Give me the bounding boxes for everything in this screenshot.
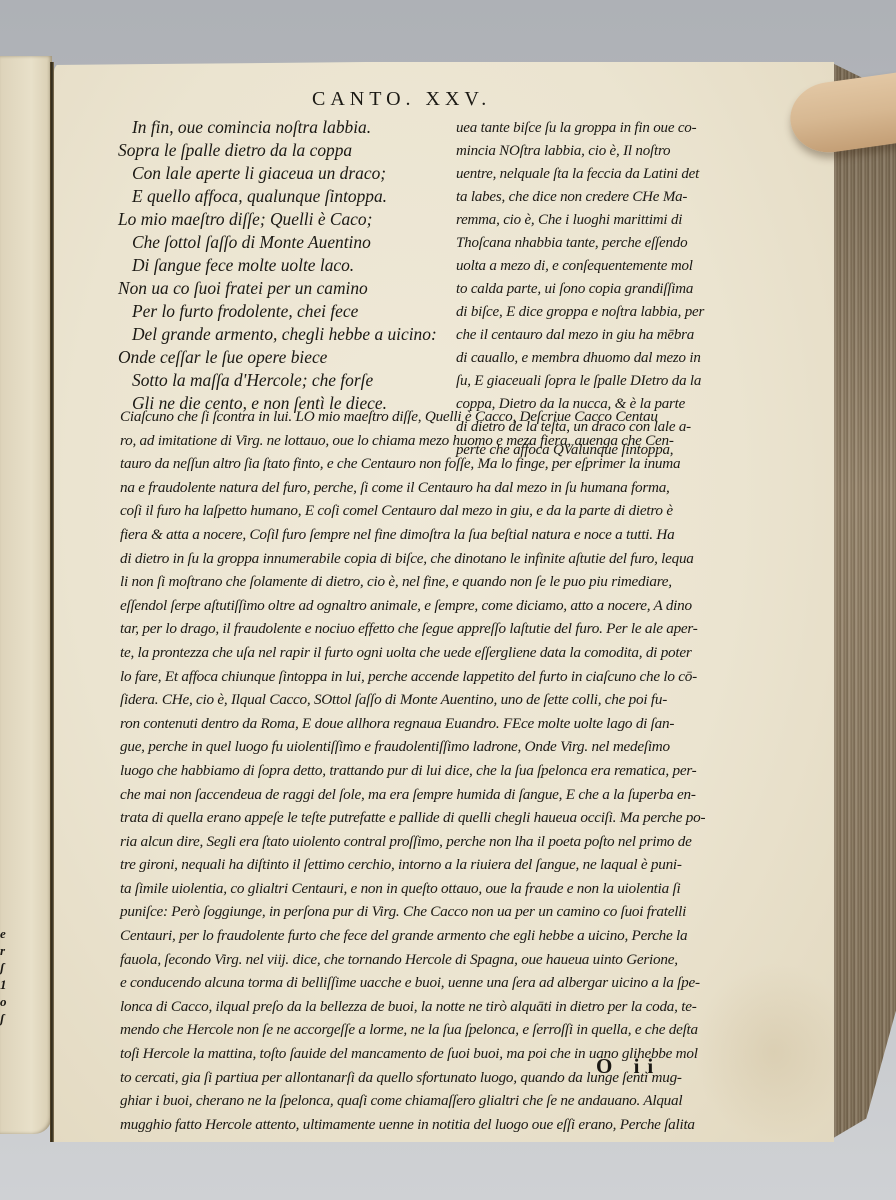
body-line: fiera & atta a nocere, Coſil furo ſempre… [120,523,705,547]
body-line: luogo che habbiamo di ſopra detto, tratt… [120,759,705,783]
commentary-line: ſu, E giaceuali ſopra le ſpalle DIetro d… [456,370,704,393]
body-line: na e fraudolente natura del furo, perche… [120,476,705,500]
verso-char: ʃ [0,959,12,976]
verse-line: Sotto la maſſa d'Hercole; che forſe [118,369,437,392]
commentary-line: remma, cio è, Che i luoghi marittimi di [456,209,704,232]
body-line: ria alcun dire, Segli era ſtato uiolento… [120,830,705,854]
body-line: mugghio fatto Hercole attento, ultimamen… [120,1113,705,1137]
commentary-line: Thoſcana nhabbia tante, perche eſſendo [456,232,704,255]
verse-line: Onde ceſſar le ſue opere biece [118,346,437,369]
body-line: fauola, ſecondo Virg. nel viij. dice, ch… [120,948,705,972]
verse-line: E quello affoca, qualunque ſintoppa. [118,185,437,208]
commentary-line: che il centauro dal mezo in giu ha mēbra [456,324,704,347]
commentary-line: uolta a mezo di, e conſequentemente mol [456,255,704,278]
book-fore-edge [830,62,896,1140]
verso-char: o [0,993,12,1010]
verse-block: In fin, oue comincia noſtra labbia. Sopr… [118,116,437,415]
verse-line: Lo mio maeſtro diſſe; Quelli è Caco; [118,208,437,231]
verso-char: 1 [0,976,12,993]
commentary-line: uentre, nelquale ſta la feccia da Latini… [456,163,704,186]
body-line: mendo che Hercole non ſe ne accorgeſſe a… [120,1018,705,1042]
body-line: lonca di Cacco, ilqual preſo da la belle… [120,995,705,1019]
body-line: Ciaſcuno che ſi ſcontra in lui. LO mio m… [120,405,705,429]
commentary-body: Ciaſcuno che ſi ſcontra in lui. LO mio m… [120,405,705,1136]
verso-margin-characters: e r ʃ 1 o ʃ [0,925,12,1027]
body-line: tauro da neſſun altro ſia ſtato finto, e… [120,452,705,476]
body-line: puniſce: Però ſoggiunge, in perſona pur … [120,900,705,924]
body-line: ro, ad imitatione di Virg. ne lottauo, o… [120,429,705,453]
verso-char: ʃ [0,1010,12,1027]
verse-line: Del grande armento, chegli hebbe a uicin… [118,323,437,346]
body-line: che mai non ſaccendeua de raggi del ſole… [120,783,705,807]
verse-line: Con lale aperte li giaceua un draco; [118,162,437,185]
verse-line: Di ſangue fece molte uolte laco. [118,254,437,277]
body-line: ron contenuti dentro da Roma, E doue all… [120,712,705,736]
book-gutter [50,62,54,1142]
verse-line: Non ua co ſuoi fratei per un camino [118,277,437,300]
commentary-line: ta labes, che dice non credere CHe Ma- [456,186,704,209]
signature-mark: O ii [596,1054,661,1079]
body-line: ghiar i buoi, cherano ne la ſpelonca, qu… [120,1089,705,1113]
verse-line: Che ſottol ſaſſo di Monte Auentino [118,231,437,254]
body-line: te, la prontezza che uſa nel rapir il fu… [120,641,705,665]
verso-char: r [0,942,12,959]
commentary-line: to calda parte, ui ſono copia grandiſſim… [456,278,704,301]
body-line: trata di quella erano appeſe le teſte pu… [120,806,705,830]
body-line: coſi il furo ha laſpetto humano, E coſi … [120,499,705,523]
verse-line: In fin, oue comincia noſtra labbia. [118,116,437,139]
body-line: tar, per lo drago, il fraudolente e noci… [120,617,705,641]
body-line: di dietro in ſu la groppa innumerabile c… [120,547,705,571]
body-line: eſſendol ſerpe aſtutiſſimo oltre ad ogna… [120,594,705,618]
commentary-line: di biſce, E dice groppa e noſtra labbia,… [456,301,704,324]
commentary-line: di cauallo, e membra dhuomo dal mezo in [456,347,704,370]
verse-line: Per lo furto frodolente, chei fece [118,300,437,323]
body-line: tre gironi, nequali ha diſtinto il ſetti… [120,853,705,877]
body-line: lo fare, Et affoca chiunque ſintoppa in … [120,665,705,689]
verso-char: e [0,925,12,942]
verse-line: Sopra le ſpalle dietro da la coppa [118,139,437,162]
body-line: e conducendo alcuna torma di belliſſime … [120,971,705,995]
body-line: ta ſimile uiolentia, co glialtri Centaur… [120,877,705,901]
commentary-line: uea tante biſce ſu la groppa in fin oue … [456,117,704,140]
commentary-line: mincia NOſtra labbia, cio è, Il noſtro [456,140,704,163]
body-line: li non ſi moſtrano che ſolamente di diet… [120,570,705,594]
fore-edge-shading [830,62,896,1140]
running-head: CANTO. XXV. [312,88,491,111]
foxing-stain [694,962,854,1142]
body-line: ſidera. CHe, cio è, Ilqual Cacco, SOttol… [120,688,705,712]
body-line: gue, perche in quel luogo fu uiolentiſſi… [120,735,705,759]
body-line: Centauri, per lo fraudolente furto che f… [120,924,705,948]
